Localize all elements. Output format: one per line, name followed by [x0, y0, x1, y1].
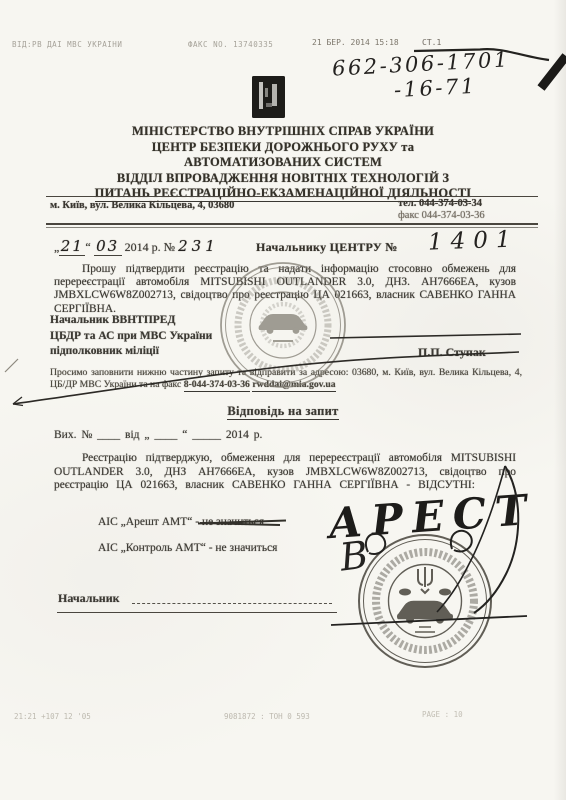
stamp-car-icon [397, 601, 453, 624]
scanned-fax-document: ВІД:РВ ДАІ МВС УКРАІНИ ФАКС NO. 13740335… [0, 0, 566, 800]
ais-control-line: АІС „Контроль АМТ“ - не значиться [98, 542, 277, 554]
handwritten-month: 03 [94, 237, 122, 256]
letterhead-tel: тел. 044-374-03-34 [398, 198, 482, 209]
response-round-stamp-icon [359, 535, 491, 667]
handwritten-number-line1: 662-306-1701 [331, 47, 510, 80]
response-body: Реєстрацію підтверджую, обмеження для пе… [54, 452, 516, 493]
return-note: Просимо заповнити нижню частину запиту т… [50, 367, 522, 391]
ais-arrest-prefix: АІС „Арешт АМТ“ - [98, 516, 199, 528]
letterhead-line-3: АВТОМАТИЗОВАНИХ СИСТЕМ [0, 155, 566, 171]
letterhead-fax: факс 044-374-03-36 [398, 210, 485, 221]
signer-post-2: ЦБДР та АС при МВС України [50, 330, 212, 342]
letterhead-address: м. Київ, вул. Велика Кільцева, 4, 03680 [50, 200, 234, 211]
request-body: Прошу підтвердити реєстрацію та надати і… [54, 263, 516, 316]
chief-label: Начальник [58, 591, 120, 606]
request-date-line: „21“ 03 2014 р. № 231 [54, 237, 219, 256]
fax-header-page-no: СТ.1 [422, 38, 441, 47]
letterhead: МІНІСТЕРСТВО ВНУТРІШНІХ СПРАВ УКРАЇНИ ЦЕ… [0, 124, 566, 202]
handwritten-initial: В [337, 532, 370, 579]
signer-post-3: підполковник міліції [50, 345, 159, 357]
handwritten-number-line2: -16-71 [393, 74, 477, 102]
fax-footer-left: 21:21 +107 12 '05 [14, 712, 91, 721]
corner-scan-artifact [541, 56, 566, 88]
response-title: Відповідь на запит [227, 404, 338, 420]
response-ref-line: Вих. № ____ від „ ____ “ _____ 2014 р. [54, 429, 262, 441]
fax-header-datetime: 21 БЕР. 2014 15:18 [312, 38, 399, 47]
letterhead-line-2: ЦЕНТР БЕЗПЕКИ ДОРОЖНЬОГО РУХУ та [0, 140, 566, 156]
letterhead-divider [46, 196, 538, 197]
response-title-row: Відповідь на запит [0, 402, 566, 420]
header-rule-top [46, 223, 538, 225]
handwritten-centre-number: 1401 [428, 226, 519, 255]
stamp-trident-icon [418, 567, 432, 593]
signer-name: П.П. Ступак [418, 345, 486, 360]
chief-signature-blank [132, 603, 332, 604]
fax-header-from: ВІД:РВ ДАІ МВС УКРАІНИ [12, 40, 122, 49]
fax-footer-right: PAGE : 10 [422, 710, 463, 719]
letterhead-line-1: МІНІСТЕРСТВО ВНУТРІШНІХ СПРАВ УКРАЇНИ [0, 124, 566, 140]
addressee-label: Начальнику ЦЕНТРУ № [256, 240, 398, 255]
fax-header-number: ФАКС NO. 13740335 [188, 40, 273, 49]
return-note-fax-number: 8-044-374-03-36 [184, 379, 250, 392]
margin-tick-mark [5, 359, 18, 372]
handwritten-day: 21 [59, 237, 85, 256]
ais-arrest-line: АІС „Арешт АМТ“ - не значиться [98, 516, 264, 528]
ais-arrest-crossed-out: не значиться [202, 516, 264, 528]
handwritten-doc-number: 231 [178, 237, 219, 255]
date-suffix: 2014 р. № [125, 240, 175, 254]
ministry-emblem-icon [251, 75, 287, 121]
date-close-quote: “ [85, 240, 90, 254]
chief-underline [57, 612, 337, 613]
return-note-email: rwddai@mia.gov.ua [252, 379, 335, 392]
stamp-car-icon [259, 314, 308, 334]
letterhead-line-4: ВІДДІЛ ВПРОВАДЖЕННЯ НОВІТНІХ ТЕХНОЛОГІЙ … [0, 171, 566, 187]
signer-post-1: Начальник ВВНТПРЕД [50, 314, 175, 326]
fax-footer-center: 9081872 : ТОН 0 593 [224, 712, 310, 721]
